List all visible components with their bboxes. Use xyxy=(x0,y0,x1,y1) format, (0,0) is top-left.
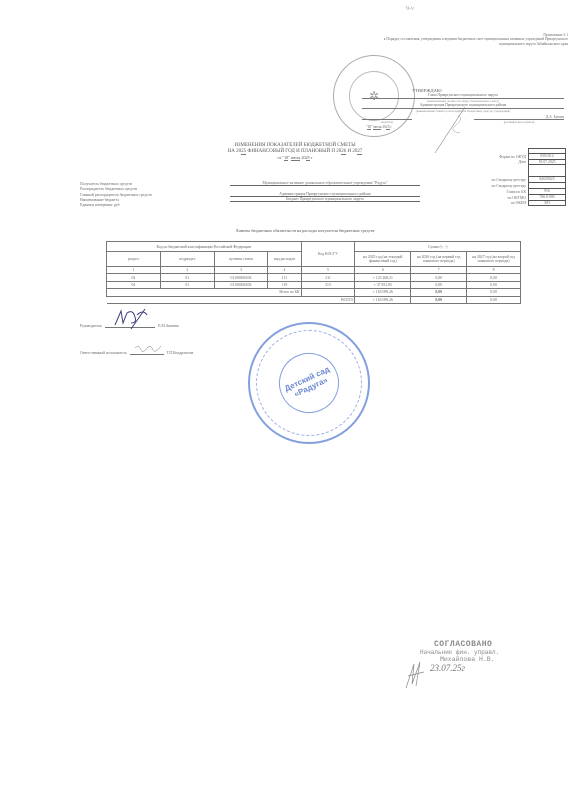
agreement-position: Начальник фин. управл. xyxy=(420,649,499,656)
executor-signature: Ответственный исполнитель Т.П.Кондратьев… xyxy=(80,342,193,355)
head-signature-line xyxy=(105,315,155,328)
head-signature: Руководитель Е.М.Акваева xyxy=(80,315,179,328)
meta-row: Единица измерения: руб xyxy=(80,202,500,207)
table-row: 04 01 0110000410Б 111 211 + 125 268,21 0… xyxy=(107,274,521,281)
column-header: раздел xyxy=(107,252,161,267)
head-signature-scribble xyxy=(111,305,161,331)
subtotal-row: Итого по БК + 163 099,26 0,00 0,00 xyxy=(107,289,521,296)
column-header: целевая статья xyxy=(214,252,268,267)
head-name: Е.М.Акваева xyxy=(158,324,179,328)
okei-value: 383 xyxy=(528,201,566,207)
document-meta: Получатель бюджетных средствМуниципально… xyxy=(80,181,500,207)
column-header: на 2026 год (на первый год планового пер… xyxy=(411,252,467,267)
budget-table: Код по бюджетной классификации Российско… xyxy=(106,241,521,304)
column-header: на 2025 год (на текущий финансовый год) xyxy=(355,252,411,267)
column-header: подраздел xyxy=(160,252,214,267)
approval-signer-caption: (расшифровка подписи) xyxy=(474,120,564,124)
agreement-signature-scribble xyxy=(404,660,426,690)
total-row: ВСЕГО + 163 099,26 0,00 0,00 xyxy=(107,296,521,303)
head-label: Руководитель xyxy=(80,324,102,328)
title-date: от "18" июля 2025 г xyxy=(170,155,420,160)
appendix-text: к Порядку составления, утверждения и вед… xyxy=(328,37,568,46)
agreement-stamp: СОГЛАСОВАНО Начальник фин. управл. Михай… xyxy=(420,640,499,673)
table-title: Лимиты бюджетных обязательств на расходы… xyxy=(140,228,470,233)
executor-name: Т.П.Кондратьева xyxy=(167,351,194,355)
column-header: вид расходов xyxy=(268,252,301,267)
agreement-name: Михайлова Н.В. xyxy=(420,656,499,663)
kosgu-header: Код КОСГУ xyxy=(301,242,355,267)
executor-label: Ответственный исполнитель xyxy=(80,351,127,355)
agreement-date: 23.07.25г xyxy=(420,663,499,673)
appendix-note: Приложение 3.1 к Порядку составления, ут… xyxy=(328,33,568,46)
sum-group-header: Сумма (+, -) xyxy=(355,242,521,252)
executor-signature-scribble xyxy=(132,342,166,356)
agreement-heading: СОГЛАСОВАНО xyxy=(420,640,499,649)
document-title: ИЗМЕНЕНИЯ ПОКАЗАТЕЛЕЙ БЮДЖЕТНОЙ СМЕТЫ НА… xyxy=(170,143,420,160)
pencil-mark: 9-v xyxy=(406,6,414,12)
column-numbers-row: 1 2 3 4 5 6 7 8 xyxy=(107,267,521,274)
column-header: на 2027 год (на второй год планового пер… xyxy=(467,252,521,267)
executor-signature-line xyxy=(130,342,164,355)
table-row: 04 01 0110000410Б 119 213 + 37 831,05 0,… xyxy=(107,281,521,288)
kbk-group-header: Код по бюджетной классификации Российско… xyxy=(107,242,302,252)
organization-stamp: Детский сад «Радуга» xyxy=(248,322,370,444)
